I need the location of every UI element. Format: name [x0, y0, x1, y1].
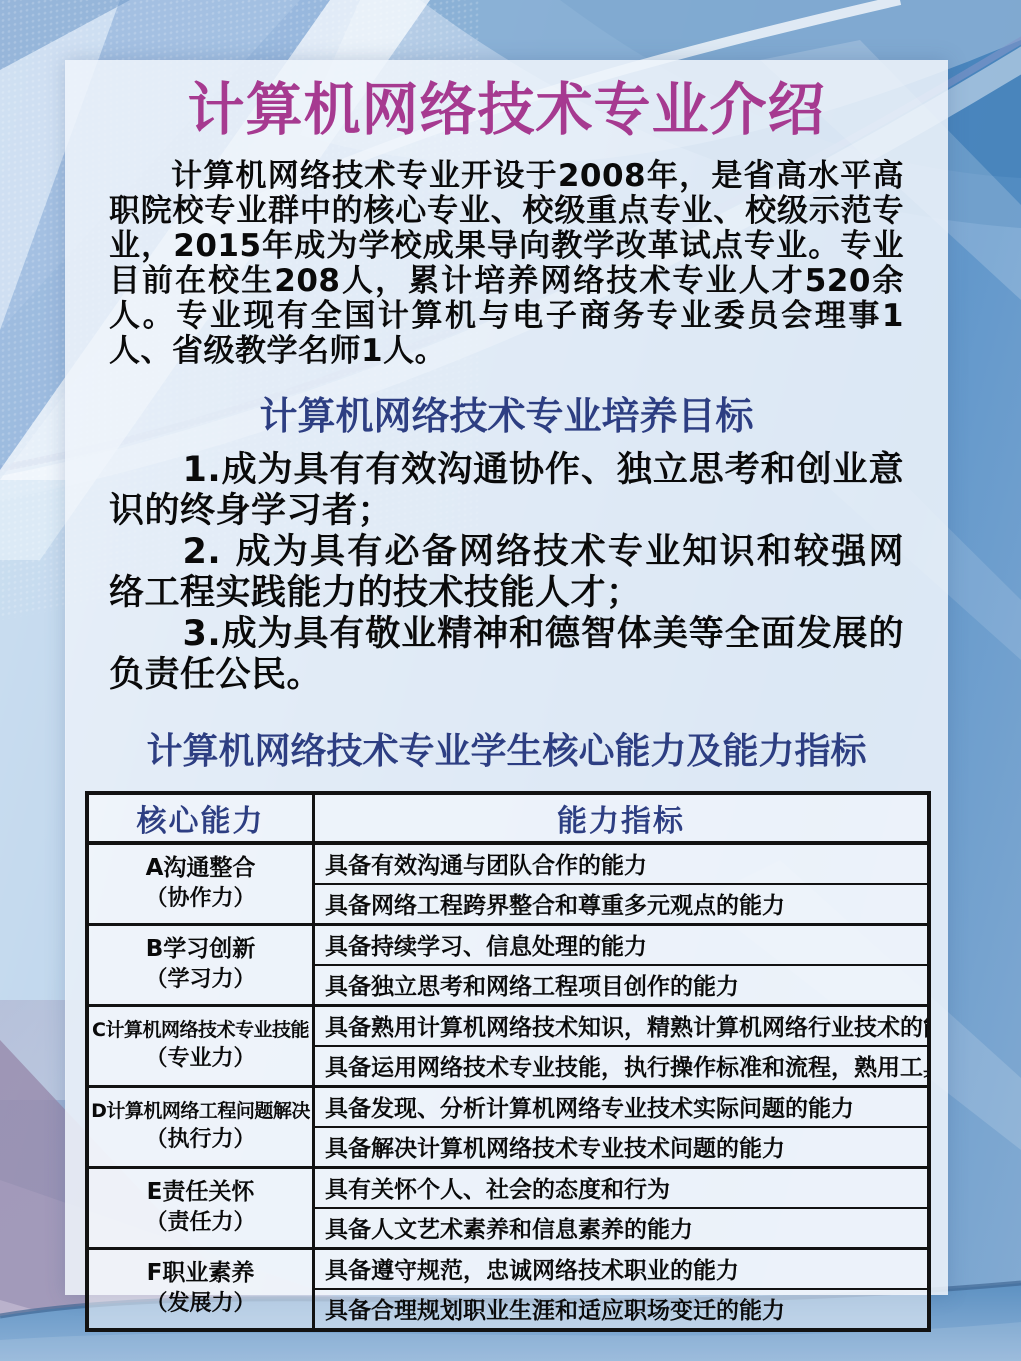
indicator-cell: 具备解决计算机网络技术专业技术问题的能力 [314, 1127, 930, 1168]
goal-item-2: 2. 成为具有必备网络技术专业知识和较强网络工程实践能力的技术技能人才； [109, 532, 904, 614]
core-ability-name: C计算机网络技术专业技能 [89, 1018, 312, 1044]
col-header-ability-indicator: 能力指标 [314, 793, 930, 843]
core-ability-cell-c: C计算机网络技术专业技能 （专业力） [87, 1005, 314, 1086]
core-ability-cell-d: D计算机网络工程问题解决 （执行力） [87, 1086, 314, 1167]
core-ability-sub: （学习力） [89, 965, 312, 995]
core-ability-name: A沟通整合 [89, 853, 312, 884]
core-ability-cell-b: B学习创新 （学习力） [87, 924, 314, 1005]
abilities-heading: 计算机网络技术专业学生核心能力及能力指标 [109, 732, 904, 772]
core-ability-name: D计算机网络工程问题解决 [89, 1099, 312, 1125]
indicator-cell: 具备发现、分析计算机网络专业技术实际问题的能力 [314, 1086, 930, 1127]
goals-list: 1.成为具有有效沟通协作、独立思考和创业意识的终身学习者； 2. 成为具有必备网… [109, 450, 904, 696]
indicator-cell: 具备遵守规范，忠诚网络技术职业的能力 [314, 1248, 930, 1289]
core-ability-name: E责任关怀 [89, 1177, 312, 1208]
indicator-cell: 具有关怀个人、社会的态度和行为 [314, 1167, 930, 1208]
indicator-cell: 具备独立思考和网络工程项目创作的能力 [314, 965, 930, 1006]
table-row: E责任关怀 （责任力） 具有关怀个人、社会的态度和行为 [87, 1167, 929, 1208]
indicator-cell: 具备运用网络技术专业技能，执行操作标准和流程，熟用工具的能力 [314, 1046, 930, 1087]
indicator-cell: 具备熟用计算机网络技术知识，精熟计算机网络行业技术的能力 [314, 1005, 930, 1046]
table-row: D计算机网络工程问题解决 （执行力） 具备发现、分析计算机网络专业技术实际问题的… [87, 1086, 929, 1127]
content-panel: 计算机网络技术专业介绍 计算机网络技术专业开设于2008年，是省高水平高职院校专… [65, 60, 948, 1295]
indicator-cell: 具备人文艺术素养和信息素养的能力 [314, 1208, 930, 1249]
table-row: C计算机网络技术专业技能 （专业力） 具备熟用计算机网络技术知识，精熟计算机网络… [87, 1005, 929, 1046]
core-ability-sub: （协作力） [89, 884, 312, 914]
core-ability-sub: （专业力） [89, 1044, 312, 1074]
intro-paragraph: 计算机网络技术专业开设于2008年，是省高水平高职院校专业群中的核心专业、校级重… [109, 159, 904, 369]
goal-item-3: 3.成为具有敬业精神和德智体美等全面发展的负责任公民。 [109, 614, 904, 696]
core-ability-sub: （执行力） [89, 1125, 312, 1155]
core-ability-sub: （发展力） [89, 1289, 312, 1319]
indicator-cell: 具备网络工程跨界整合和尊重多元观点的能力 [314, 884, 930, 925]
table-row: A沟通整合 （协作力） 具备有效沟通与团队合作的能力 [87, 843, 929, 884]
core-ability-name: F职业素养 [89, 1258, 312, 1289]
table-row: B学习创新 （学习力） 具备持续学习、信息处理的能力 [87, 924, 929, 965]
core-ability-cell-f: F职业素养 （发展力） [87, 1248, 314, 1330]
core-ability-cell-e: E责任关怀 （责任力） [87, 1167, 314, 1248]
indicator-cell: 具备合理规划职业生涯和适应职场变迁的能力 [314, 1289, 930, 1330]
indicator-cell: 具备有效沟通与团队合作的能力 [314, 843, 930, 884]
poster-title: 计算机网络技术专业介绍 [109, 80, 904, 142]
goals-heading: 计算机网络技术专业培养目标 [109, 396, 904, 438]
core-ability-cell-a: A沟通整合 （协作力） [87, 843, 314, 925]
goal-item-1: 1.成为具有有效沟通协作、独立思考和创业意识的终身学习者； [109, 450, 904, 532]
abilities-table-wrap: 核心能力 能力指标 A沟通整合 （协作力） 具备有效沟通与团队合作的能力 [85, 791, 928, 1332]
table-row: F职业素养 （发展力） 具备遵守规范，忠诚网络技术职业的能力 [87, 1248, 929, 1289]
col-header-core-ability: 核心能力 [87, 793, 314, 843]
core-ability-sub: （责任力） [89, 1208, 312, 1238]
abilities-table: 核心能力 能力指标 A沟通整合 （协作力） 具备有效沟通与团队合作的能力 [85, 791, 931, 1332]
poster-canvas: 计算机网络技术专业介绍 计算机网络技术专业开设于2008年，是省高水平高职院校专… [0, 0, 1021, 1361]
core-ability-name: B学习创新 [89, 934, 312, 965]
table-header-row: 核心能力 能力指标 [87, 793, 929, 843]
indicator-cell: 具备持续学习、信息处理的能力 [314, 924, 930, 965]
